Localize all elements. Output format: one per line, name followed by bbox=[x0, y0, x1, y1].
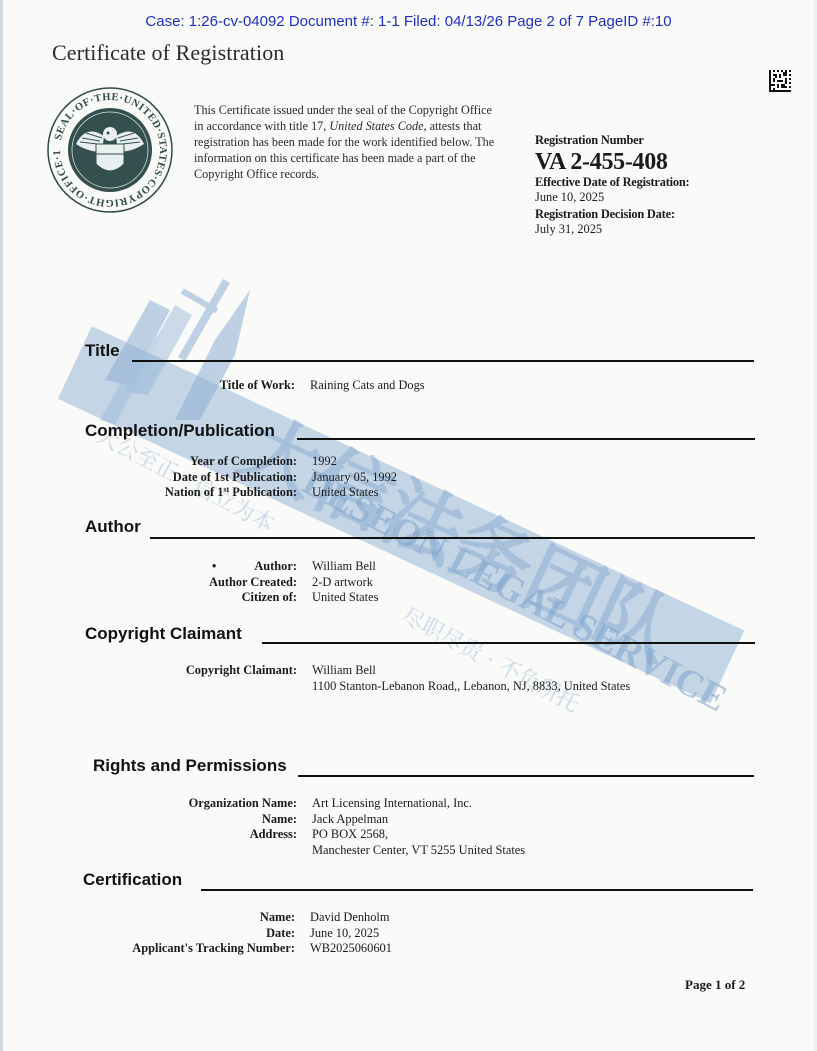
field-label: Date of 1st Publication: bbox=[97, 470, 312, 486]
field-row: Date of 1st Publication: January 05, 199… bbox=[97, 470, 397, 486]
certificate-intro: This Certificate issued under the seal o… bbox=[194, 102, 504, 182]
section-rights-heading: Rights and Permissions bbox=[93, 756, 287, 776]
field-label: Applicant's Tracking Number: bbox=[95, 941, 310, 957]
field-row: Citizen of: United States bbox=[97, 590, 378, 606]
field-label: Date: bbox=[95, 926, 310, 942]
field-label: Copyright Claimant: bbox=[97, 663, 312, 694]
field-value: 1992 bbox=[312, 454, 337, 470]
field-value: Art Licensing International, Inc. bbox=[312, 796, 472, 812]
field-label: Name: bbox=[97, 812, 312, 828]
field-label: Name: bbox=[95, 910, 310, 926]
section-title-fields: Title of Work: Raining Cats and Dogs bbox=[95, 378, 425, 394]
section-title-rule bbox=[132, 360, 754, 362]
address-line-2: Manchester Center, VT 5255 United States bbox=[312, 843, 525, 859]
section-claimant-rule bbox=[262, 642, 755, 644]
field-row: Year of Completion: 1992 bbox=[97, 454, 397, 470]
field-row: Author Created: 2-D artwork bbox=[97, 575, 378, 591]
field-row: Date: June 10, 2025 bbox=[95, 926, 392, 942]
page-number: Page 1 of 2 bbox=[685, 977, 745, 993]
field-label: Organization Name: bbox=[97, 796, 312, 812]
section-claimant-fields: Copyright Claimant: William Bell 1100 St… bbox=[97, 663, 630, 694]
field-row: Applicant's Tracking Number: WB202506060… bbox=[95, 941, 392, 957]
svg-text:尽职尽责 · 不负所托: 尽职尽责 · 不负所托 bbox=[397, 603, 583, 718]
decision-date: July 31, 2025 bbox=[535, 222, 765, 237]
svg-text:大信法务团队: 大信法务团队 bbox=[227, 401, 689, 680]
label-part: Nation of 1 bbox=[165, 485, 224, 499]
effective-date-label: Effective Date of Registration: bbox=[535, 175, 765, 190]
field-value: January 05, 1992 bbox=[312, 470, 397, 486]
field-value: Jack Appelman bbox=[312, 812, 388, 828]
label-part: Publication: bbox=[229, 485, 297, 499]
field-label: Title of Work: bbox=[95, 378, 310, 394]
label-text: Author: bbox=[254, 559, 297, 573]
section-completion-heading: Completion/Publication bbox=[85, 421, 275, 441]
field-value: William Bell 1100 Stanton-Lebanon Road,,… bbox=[312, 663, 630, 694]
field-row: Nation of 1st Publication: United States bbox=[97, 485, 397, 501]
section-author-fields: •Author: William Bell Author Created: 2-… bbox=[97, 559, 378, 606]
field-label: Address: bbox=[97, 827, 312, 858]
field-row: Name: Jack Appelman bbox=[97, 812, 525, 828]
section-certification-fields: Name: David Denholm Date: June 10, 2025 … bbox=[95, 910, 392, 957]
field-label: Year of Completion: bbox=[97, 454, 312, 470]
field-row: Name: David Denholm bbox=[95, 910, 392, 926]
field-label: Nation of 1st Publication: bbox=[97, 485, 312, 501]
bullet: • bbox=[212, 559, 216, 575]
field-value: 2-D artwork bbox=[312, 575, 373, 591]
field-row: Copyright Claimant: William Bell 1100 St… bbox=[97, 663, 630, 694]
field-value: Raining Cats and Dogs bbox=[310, 378, 425, 394]
registration-number-label: Registration Number bbox=[535, 133, 765, 148]
field-value: David Denholm bbox=[310, 910, 390, 926]
copyright-office-seal-icon: SEAL·OF·THE·UNITED·STATES·COPYRIGHT·OFFI… bbox=[46, 86, 174, 214]
field-value: United States bbox=[312, 485, 378, 501]
field-value: United States bbox=[312, 590, 378, 606]
section-certification-heading: Certification bbox=[83, 870, 182, 890]
field-value: PO BOX 2568, Manchester Center, VT 5255 … bbox=[312, 827, 525, 858]
field-value: William Bell bbox=[312, 559, 376, 575]
claimant-address: 1100 Stanton-Lebanon Road,, Lebanon, NJ,… bbox=[312, 679, 630, 695]
section-certification-rule bbox=[201, 889, 753, 891]
section-rights-rule bbox=[298, 775, 754, 777]
field-label: •Author: bbox=[97, 559, 312, 575]
field-value: WB2025060601 bbox=[310, 941, 392, 957]
field-label: Citizen of: bbox=[97, 590, 312, 606]
field-row: •Author: William Bell bbox=[97, 559, 378, 575]
field-label: Author Created: bbox=[97, 575, 312, 591]
section-claimant-heading: Copyright Claimant bbox=[85, 624, 242, 644]
section-title-heading: Title bbox=[85, 341, 120, 361]
field-row: Address: PO BOX 2568, Manchester Center,… bbox=[97, 827, 525, 858]
field-row: Organization Name: Art Licensing Interna… bbox=[97, 796, 525, 812]
watermark-logo-icon bbox=[100, 279, 250, 425]
field-value: June 10, 2025 bbox=[310, 926, 379, 942]
section-completion-fields: Year of Completion: 1992 Date of 1st Pub… bbox=[97, 454, 397, 501]
registration-number: VA 2-455-408 bbox=[535, 149, 765, 175]
section-completion-rule bbox=[297, 438, 755, 440]
field-row: Title of Work: Raining Cats and Dogs bbox=[95, 378, 425, 394]
address-line-1: PO BOX 2568, bbox=[312, 827, 525, 843]
page-left-edge bbox=[0, 0, 3, 1051]
datamatrix-barcode-icon bbox=[769, 70, 791, 92]
claimant-name: William Bell bbox=[312, 663, 630, 679]
section-author-heading: Author bbox=[85, 517, 141, 537]
certificate-title: Certificate of Registration bbox=[52, 40, 284, 66]
case-header: Case: 1:26-cv-04092 Document #: 1-1 File… bbox=[0, 13, 817, 30]
section-author-rule bbox=[150, 537, 755, 539]
effective-date: June 10, 2025 bbox=[535, 190, 765, 205]
registration-block: Registration Number VA 2-455-408 Effecti… bbox=[535, 133, 765, 239]
decision-date-label: Registration Decision Date: bbox=[535, 207, 765, 222]
section-rights-fields: Organization Name: Art Licensing Interna… bbox=[97, 796, 525, 858]
intro-italic-text: United States Code, bbox=[329, 119, 426, 133]
